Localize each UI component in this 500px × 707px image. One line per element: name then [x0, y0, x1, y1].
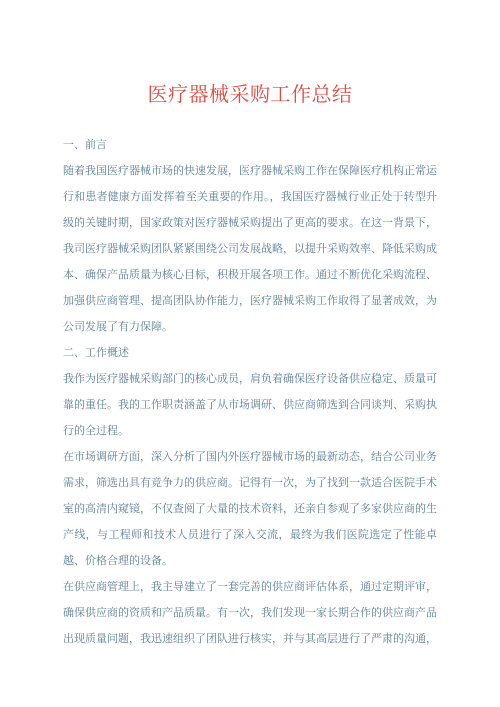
- paragraph: 随着我国医疗器械市场的快速发展，医疗器械采购工作在保障医疗机构正常运行和患者健康…: [63, 158, 437, 340]
- document-title: 医疗器械采购工作总结: [63, 0, 437, 108]
- document-page: 医疗器械采购工作总结 一、前言 随着我国医疗器械市场的快速发展，医疗器械采购工作…: [0, 0, 500, 707]
- section-heading-work-overview: 二、工作概述: [63, 340, 437, 366]
- document-body: 一、前言 随着我国医疗器械市场的快速发展，医疗器械采购工作在保障医疗机构正常运行…: [63, 132, 437, 652]
- paragraph: 在市场调研方面，深入分析了国内外医疗器械市场的最新动态，结合公司业务需求，筛选出…: [63, 444, 437, 574]
- section-heading-foreword: 一、前言: [63, 132, 437, 158]
- paragraph: 在供应商管理上，我主导建立了一套完善的供应商评估体系，通过定期评审，确保供应商的…: [63, 574, 437, 652]
- paragraph: 我作为医疗器械采购部门的核心成员，肩负着确保医疗设备供应稳定、质量可靠的重任。我…: [63, 366, 437, 444]
